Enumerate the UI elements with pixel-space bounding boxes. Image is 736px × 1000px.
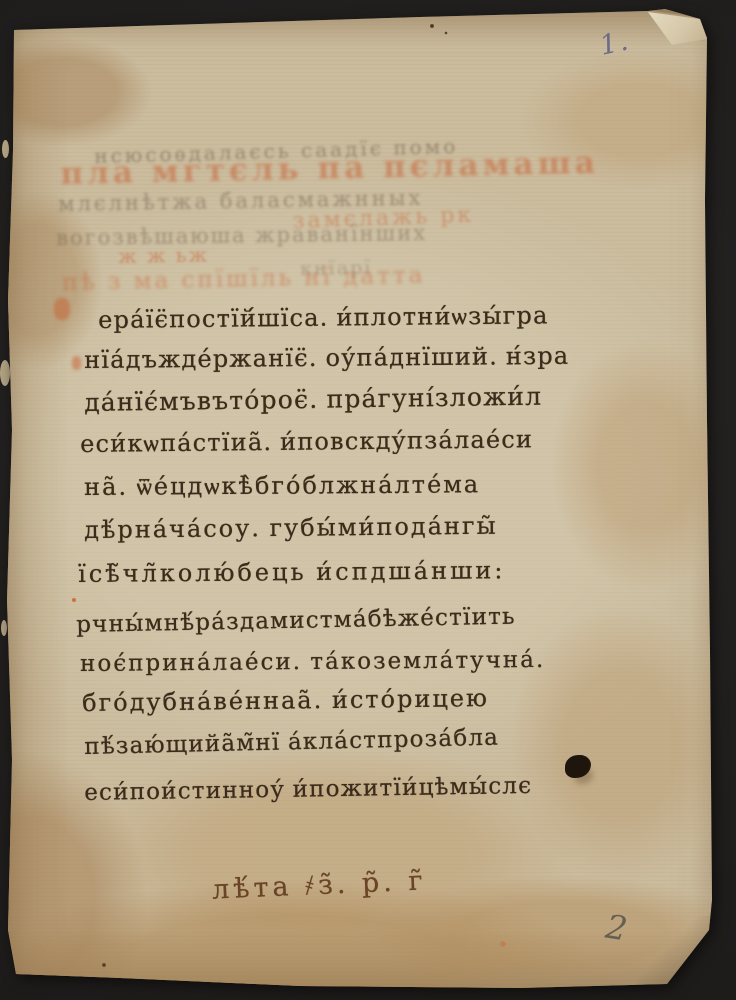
manuscript-page: 1. нсюсоѳдалаєсь саадїє помо пла мгтєль … <box>0 0 736 1000</box>
page-shadow-wrapper: 1. нсюсоѳдалаєсь саадїє помо пла мгтєль … <box>0 0 736 1000</box>
text-line: рчны́мнѣ́ра́здамистма́бѣже́стїить <box>76 604 516 638</box>
ghost-text-line: вогозвѣшаюша жраванїнших <box>56 221 427 250</box>
ghost-rubric-marks: ж ж ьж <box>118 242 209 268</box>
text-line: еси́кѡпа́стїиа̃. и́повскду́пза́лае́си <box>80 425 533 459</box>
red-ink-smudge <box>72 356 81 370</box>
ghost-text-line: кнїарї <box>300 257 373 280</box>
text-line: нїа́дъжде́ржанїє̈. оу́па́днїший. н́зра <box>84 342 569 374</box>
text-line: їсѣ̃чл̃колю́бець и́спдша́нши: <box>78 556 506 588</box>
ink-blot <box>565 755 591 778</box>
red-ink-smudge <box>54 298 70 320</box>
corner-pencil-number: 2 <box>603 907 630 949</box>
text-line: на̃. ѿе́цдѡкѣ̀бго́блжна́лте́ма <box>84 470 480 502</box>
text-line: ера́їє̈постїй́шїса. и́плотни́ѡзы́гра <box>98 301 549 335</box>
folio-number: 1. <box>597 25 633 62</box>
text-line: дѣ́рна́ча́соу. губы́ми́пода́нгы̃ <box>84 512 498 544</box>
bottom-right-corner-fold-shadow <box>636 916 720 992</box>
manuscript-photo: 1. нсюсоѳдалаєсь саадїє помо пла мгтєль … <box>0 0 736 1000</box>
text-line: пѣ́заю́щийа̃м̃нї а́кла́стпроза́бла <box>84 725 499 760</box>
text-line: да́нїє́мъвъто́роє̈. пра́гуні́зложи́л <box>84 382 542 417</box>
text-line: бго́дубна́ве́ннаа̃. и́сто́рицею <box>82 684 489 717</box>
text-line: еси́пои́стинноу́ и́пожитїи́цѣмы́слє <box>84 773 532 806</box>
colophon-date-line: лѣ́та ҂з̃. р̃. г̃ <box>211 865 427 905</box>
text-line: ноє́прина́лае́си. та́коземла́тучна́. <box>80 647 545 677</box>
